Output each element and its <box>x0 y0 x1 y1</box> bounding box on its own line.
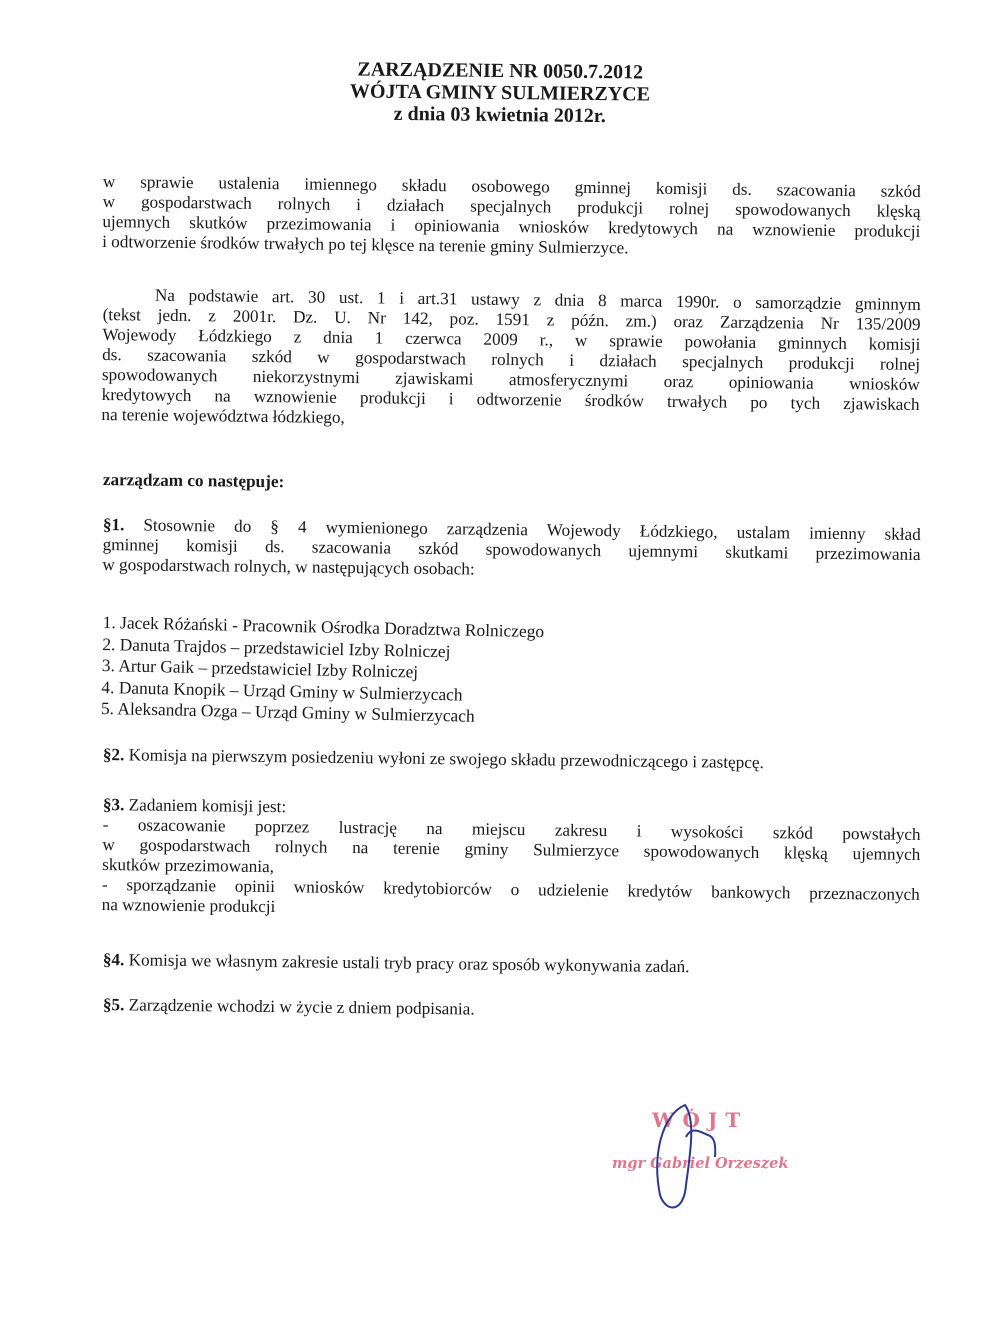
document-header: ZARZĄDZENIE NR 0050.7.2012 WÓJTA GMINY S… <box>0 55 1000 131</box>
decree-intro: zarządzam co następuje: <box>103 470 921 500</box>
handwritten-signature-icon <box>600 1095 820 1215</box>
section-3-intro: Zadaniem komisji jest: <box>129 795 287 816</box>
section-label: §4. <box>103 950 125 969</box>
section-label: §1. <box>103 515 125 534</box>
section-5: §5. Zarządzenie wchodzi w życie z dniem … <box>103 995 921 1025</box>
section-1: §1. Stosownie do § 4 wymienionego zarząd… <box>102 515 921 585</box>
section-4-text: Komisja we własnym zakresie ustali tryb … <box>129 950 690 976</box>
section-label: §3. <box>103 795 125 814</box>
section-label: §5. <box>103 995 125 1014</box>
subject-paragraph: w sprawie ustalenia imiennego składu oso… <box>102 172 921 262</box>
section-3: §3. Zadaniem komisji jest: - oszacowanie… <box>102 795 921 925</box>
signature-stamp: WÓJT mgr Gabriel Orzeszek <box>600 1095 820 1215</box>
section-label: §2. <box>103 745 125 764</box>
section-2-text: Komisja na pierwszym posiedzeniu wyłoni … <box>129 745 764 772</box>
section-5-text: Zarządzenie wchodzi w życie z dniem podp… <box>129 995 475 1018</box>
section-2: §2. Komisja na pierwszym posiedzeniu wył… <box>103 745 921 775</box>
committee-members-list: 1. Jacek Różański - Pracownik Ośrodka Do… <box>101 612 545 729</box>
section-4: §4. Komisja we własnym zakresie ustali t… <box>103 950 921 980</box>
document-page: ZARZĄDZENIE NR 0050.7.2012 WÓJTA GMINY S… <box>0 0 1000 1344</box>
legal-basis-paragraph: Na podstawie art. 30 ust. 1 i art.31 ust… <box>101 285 921 435</box>
